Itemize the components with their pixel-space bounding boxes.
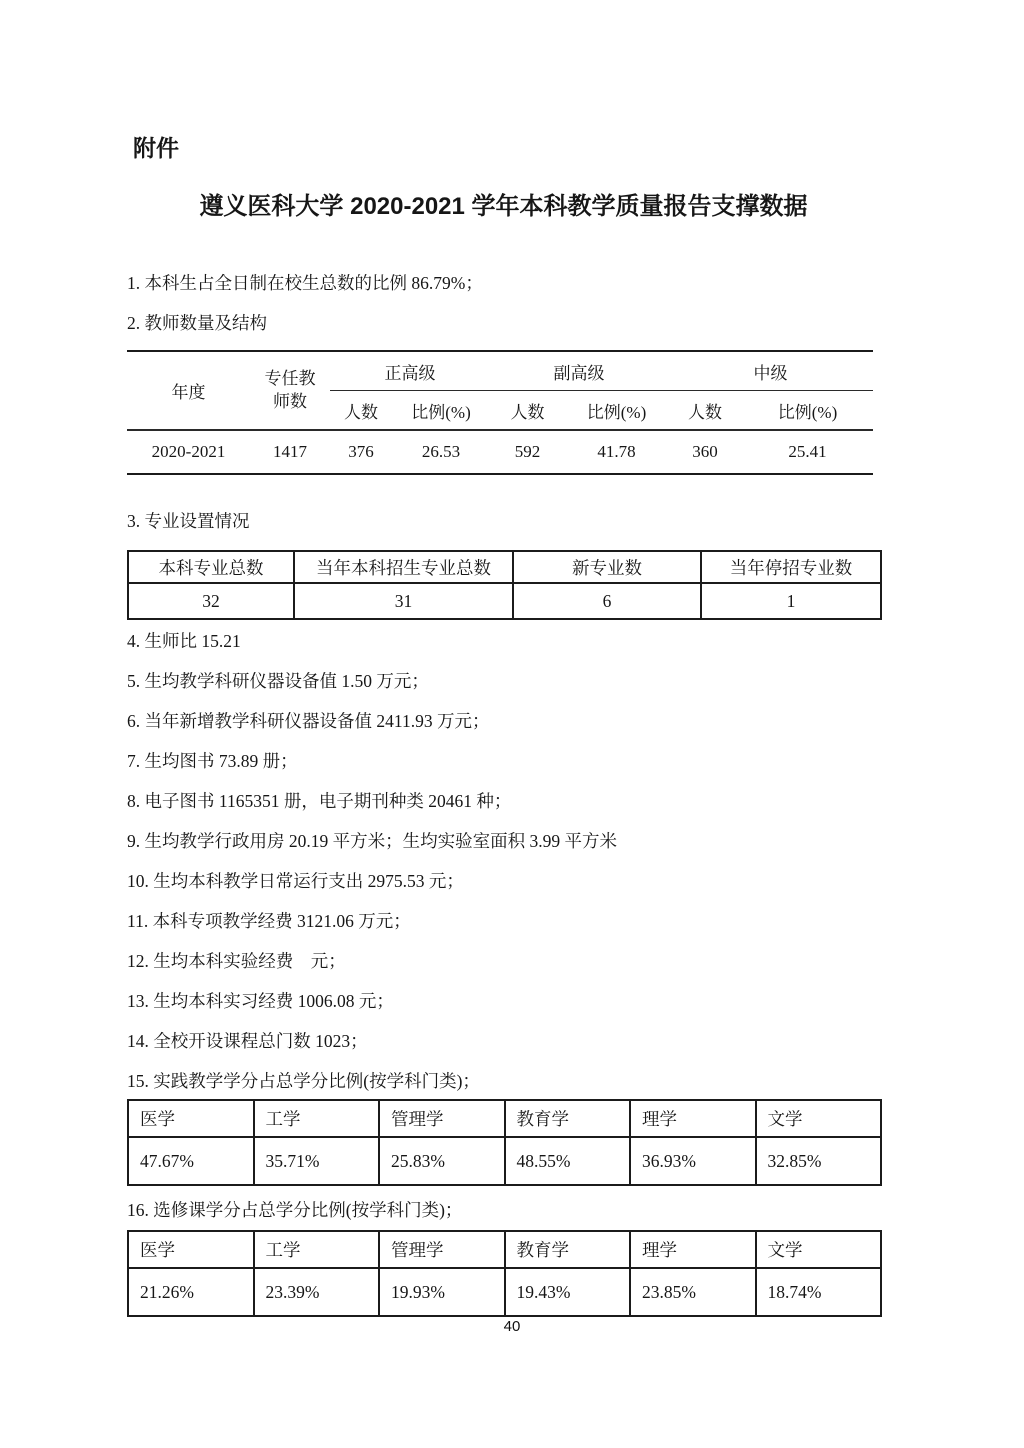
majors-table: 本科专业总数 当年本科招生专业总数 新专业数 当年停招专业数 32 31 6 1 (127, 550, 882, 620)
value-cell-medicine: 47.67% (128, 1137, 254, 1185)
middle-ratio-value-cell: 25.41 (742, 430, 873, 474)
elective-table-value-row: 21.26% 23.39% 19.93% 19.43% 23.85% 18.74… (128, 1268, 881, 1316)
practice-credits-table: 医学 工学 管理学 教育学 理学 文学 47.67% 35.71% 25.83%… (127, 1099, 882, 1186)
list-item-5: 5. 生均教学科研仪器设备值 1.50 万元； (127, 670, 880, 692)
middle-group-header-cell: 中级 (668, 351, 873, 391)
majors-table-header-row: 本科专业总数 当年本科招生专业总数 新专业数 当年停招专业数 (128, 551, 881, 583)
value-cell-engineering: 23.39% (254, 1268, 380, 1316)
fulltime-teachers-header-label: 专任教师数 (263, 368, 317, 413)
list-item-16: 16. 选修课学分占总学分比例(按学科门类)； (127, 1199, 880, 1221)
header-cell-suspended-majors: 当年停招专业数 (701, 551, 881, 583)
value-cell-science: 36.93% (630, 1137, 756, 1185)
list-item-6: 6. 当年新增教学科研仪器设备值 2411.93 万元； (127, 710, 880, 732)
header-cell-management: 管理学 (379, 1231, 505, 1268)
value-cell-new-majors: 6 (513, 583, 701, 619)
header-cell-engineering: 工学 (254, 1231, 380, 1268)
elective-credits-table: 医学 工学 管理学 教育学 理学 文学 21.26% 23.39% 19.93%… (127, 1230, 882, 1317)
associate-count-value-cell: 592 (490, 430, 565, 474)
header-cell-management: 管理学 (379, 1100, 505, 1137)
fulltime-teachers-header-cell: 专任教师数 (250, 351, 330, 430)
year-header-cell: 年度 (127, 351, 250, 430)
page-title: 遵义医科大学 2020-2021 学年本科教学质量报告支撑数据 (127, 192, 880, 222)
senior-count-header-cell: 人数 (330, 391, 392, 431)
header-cell-total-majors: 本科专业总数 (128, 551, 294, 583)
value-cell-suspended-majors: 1 (701, 583, 881, 619)
value-cell-education: 19.43% (505, 1268, 631, 1316)
header-cell-new-majors: 新专业数 (513, 551, 701, 583)
list-item-1: 1. 本科生占全日制在校生总数的比例 86.79%； (127, 272, 880, 294)
middle-count-header-cell: 人数 (668, 391, 742, 431)
list-item-10: 10. 生均本科教学日常运行支出 2975.53 元； (127, 870, 880, 892)
header-cell-science: 理学 (630, 1231, 756, 1268)
value-cell-management: 25.83% (379, 1137, 505, 1185)
header-cell-enrolling-majors: 当年本科招生专业总数 (294, 551, 513, 583)
associate-count-header-cell: 人数 (490, 391, 565, 431)
list-item-14: 14. 全校开设课程总门数 1023； (127, 1030, 880, 1052)
senior-ratio-header-cell: 比例(%) (392, 391, 490, 431)
senior-count-value-cell: 376 (330, 430, 392, 474)
list-item-3: 3. 专业设置情况 (127, 510, 880, 532)
list-item-7: 7. 生均图书 73.89 册； (127, 750, 880, 772)
page-number: 40 (0, 1318, 1024, 1335)
senior-ratio-value-cell: 26.53 (392, 430, 490, 474)
value-cell-literature: 18.74% (756, 1268, 882, 1316)
list-item-13: 13. 生均本科实习经费 1006.08 元； (127, 990, 880, 1012)
majors-table-value-row: 32 31 6 1 (128, 583, 881, 619)
header-cell-medicine: 医学 (128, 1100, 254, 1137)
senior-group-header-cell: 正高级 (330, 351, 490, 391)
header-cell-engineering: 工学 (254, 1100, 380, 1137)
value-cell-education: 48.55% (505, 1137, 631, 1185)
document-page: 附件 遵义医科大学 2020-2021 学年本科教学质量报告支撑数据 1. 本科… (0, 0, 1024, 1448)
teacher-table-data-row: 2020-2021 1417 376 26.53 592 41.78 360 2… (127, 430, 873, 474)
attachment-label: 附件 (133, 134, 880, 162)
practice-table-value-row: 47.67% 35.71% 25.83% 48.55% 36.93% 32.85… (128, 1137, 881, 1185)
value-cell-enrolling-majors: 31 (294, 583, 513, 619)
header-cell-literature: 文学 (756, 1100, 882, 1137)
associate-ratio-header-cell: 比例(%) (565, 391, 668, 431)
fulltime-value-cell: 1417 (250, 430, 330, 474)
year-value-cell: 2020-2021 (127, 430, 250, 474)
middle-ratio-header-cell: 比例(%) (742, 391, 873, 431)
value-cell-literature: 32.85% (756, 1137, 882, 1185)
associate-ratio-value-cell: 41.78 (565, 430, 668, 474)
list-item-15: 15. 实践教学学分占总学分比例(按学科门类)； (127, 1070, 880, 1092)
year-header-label: 年度 (172, 383, 206, 402)
middle-count-value-cell: 360 (668, 430, 742, 474)
list-item-8: 8. 电子图书 1165351 册，电子期刊种类 20461 种； (127, 790, 880, 812)
page-content: 附件 遵义医科大学 2020-2021 学年本科教学质量报告支撑数据 1. 本科… (127, 0, 880, 1317)
value-cell-science: 23.85% (630, 1268, 756, 1316)
value-cell-total-majors: 32 (128, 583, 294, 619)
value-cell-engineering: 35.71% (254, 1137, 380, 1185)
teacher-structure-table: 年度 专任教师数 正高级 副高级 中级 人数 比例(%) 人数 比例(%) 人数… (127, 350, 873, 475)
teacher-table-group-row: 年度 专任教师数 正高级 副高级 中级 (127, 351, 873, 391)
associate-group-header-cell: 副高级 (490, 351, 668, 391)
header-cell-science: 理学 (630, 1100, 756, 1137)
list-item-11: 11. 本科专项教学经费 3121.06 万元； (127, 910, 880, 932)
value-cell-management: 19.93% (379, 1268, 505, 1316)
value-cell-medicine: 21.26% (128, 1268, 254, 1316)
header-cell-medicine: 医学 (128, 1231, 254, 1268)
header-cell-literature: 文学 (756, 1231, 882, 1268)
list-item-2: 2. 教师数量及结构 (127, 312, 880, 334)
header-cell-education: 教育学 (505, 1231, 631, 1268)
practice-table-header-row: 医学 工学 管理学 教育学 理学 文学 (128, 1100, 881, 1137)
header-cell-education: 教育学 (505, 1100, 631, 1137)
list-item-9: 9. 生均教学行政用房 20.19 平方米；生均实验室面积 3.99 平方米 (127, 830, 880, 852)
list-item-4: 4. 生师比 15.21 (127, 630, 880, 652)
list-item-12: 12. 生均本科实验经费 元； (127, 950, 880, 972)
elective-table-header-row: 医学 工学 管理学 教育学 理学 文学 (128, 1231, 881, 1268)
